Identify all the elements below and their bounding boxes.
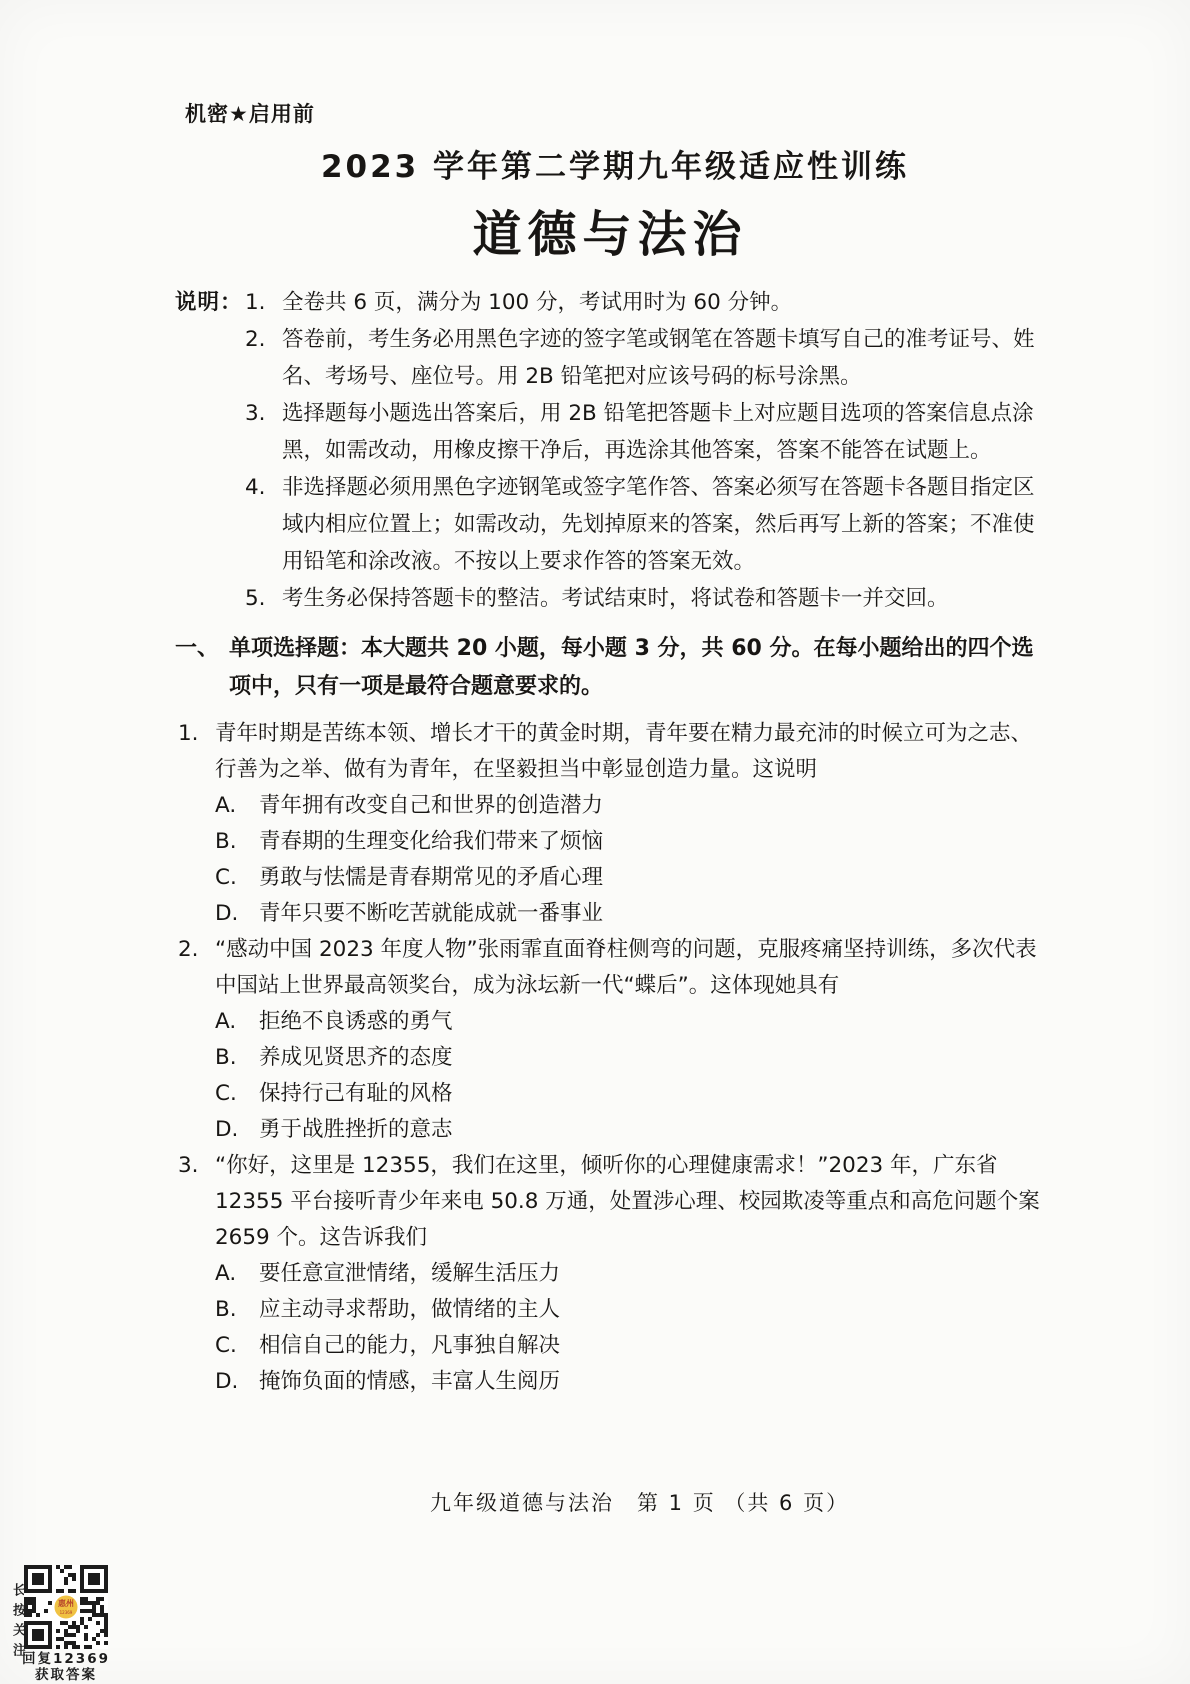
option-row: D. 勇于战胜挫折的意志 [215,1112,1040,1148]
section-heading-text: 单项选择题：本大题共 20 小题，每小题 3 分，共 60 分。在每小题给出的四… [229,630,1047,706]
qr-caption: 回复12369 获取答案 [10,1651,122,1683]
instruction-number: 3. [245,395,282,469]
question-number: 2. [178,932,215,1148]
qr-caption-line1: 回复12369 [10,1651,122,1667]
option-label: D. [215,1112,259,1148]
questions-list: 1. 青年时期是苦练本领、增长才干的黄金时期，青年要在精力最充沛的时候立可为之志… [178,716,1040,1400]
exam-page: 机密★启用前 2023 学年第二学期九年级适应性训练 道德与法治 说明： 1. … [0,0,1190,1684]
section-label: 一、 [175,630,229,706]
option-text: 青年拥有改变自己和世界的创造潜力 [259,788,1040,824]
option-text: 勇敢与怯懦是青春期常见的矛盾心理 [259,860,1040,896]
instruction-number: 1. [245,284,282,321]
option-row: A. 青年拥有改变自己和世界的创造潜力 [215,788,1040,824]
question-number: 1. [178,716,215,932]
option-label: A. [215,1004,259,1040]
option-row: D. 青年只要不断吃苦就能成就一番事业 [215,896,1040,932]
question-1: 1. 青年时期是苦练本领、增长才干的黄金时期，青年要在精力最充沛的时候立可为之志… [178,716,1040,932]
instruction-item: 2. 答卷前，考生务必用黑色字迹的签字笔或钢笔在答题卡填写自己的准考证号、姓名、… [245,321,1047,395]
instruction-number: 4. [245,469,282,580]
instructions-list: 1. 全卷共 6 页，满分为 100 分，考试用时为 60 分钟。 2. 答卷前… [245,284,1047,617]
option-label: D. [215,1364,259,1400]
question-body: “感动中国 2023 年度人物”张雨霏直面脊柱侧弯的问题，克服疼痛坚持训练，多次… [215,932,1040,1148]
subject-title: 道德与法治 [0,196,1190,266]
option-label: B. [215,1040,259,1076]
question-3: 3. “你好，这里是 12355，我们在这里，倾听你的心理健康需求！”2023 … [178,1148,1040,1400]
option-label: C. [215,1076,259,1112]
option-label: C. [215,860,259,896]
option-text: 勇于战胜挫折的意志 [259,1112,1040,1148]
instruction-text: 考生务必保持答题卡的整洁。考试结束时，将试卷和答题卡一并交回。 [282,580,1047,617]
option-text: 青年只要不断吃苦就能成就一番事业 [259,896,1040,932]
option-row: A. 拒绝不良诱惑的勇气 [215,1004,1040,1040]
option-row: C. 保持行己有耻的风格 [215,1076,1040,1112]
option-row: B. 青春期的生理变化给我们带来了烦恼 [215,824,1040,860]
option-row: B. 养成见贤思齐的态度 [215,1040,1040,1076]
option-row: C. 相信自己的能力，凡事独自解决 [215,1328,1040,1364]
option-text: 应主动寻求帮助，做情绪的主人 [259,1292,1040,1328]
option-text: 相信自己的能力，凡事独自解决 [259,1328,1040,1364]
option-text: 拒绝不良诱惑的勇气 [259,1004,1040,1040]
instruction-item: 4. 非选择题必须用黑色字迹钢笔或签字笔作答、答案必须写在答题卡各题目指定区域内… [245,469,1047,580]
svg-text:12369: 12369 [60,1610,73,1615]
option-row: A. 要任意宣泄情绪，缓解生活压力 [215,1256,1040,1292]
section-heading: 一、 单项选择题：本大题共 20 小题，每小题 3 分，共 60 分。在每小题给… [175,630,1047,706]
option-text: 养成见贤思齐的态度 [259,1040,1040,1076]
instruction-number: 5. [245,580,282,617]
instruction-number: 2. [245,321,282,395]
qr-caption-line2: 获取答案 [10,1667,122,1683]
page-footer: 九年级道德与法治 第 1 页 （共 6 页） [430,1487,849,1517]
instructions-block: 说明： 1. 全卷共 6 页，满分为 100 分，考试用时为 60 分钟。 2.… [175,284,1047,617]
option-label: D. [215,896,259,932]
instructions-label: 说明： [175,284,243,321]
option-row: D. 掩饰负面的情感，丰富人生阅历 [215,1364,1040,1400]
qr-code-icon: 惠州 12369 [24,1565,108,1649]
instruction-item: 1. 全卷共 6 页，满分为 100 分，考试用时为 60 分钟。 [245,284,1047,321]
question-stem: 青年时期是苦练本领、增长才干的黄金时期，青年要在精力最充沛的时候立可为之志、行善… [215,716,1040,788]
option-row: C. 勇敢与怯懦是青春期常见的矛盾心理 [215,860,1040,896]
exam-title: 2023 学年第二学期九年级适应性训练 [0,141,1190,186]
option-label: B. [215,824,259,860]
instruction-text: 选择题每小题选出答案后，用 2B 铅笔把答题卡上对应题目选项的答案信息点涂黑，如… [282,395,1047,469]
svg-text:惠州: 惠州 [58,1598,74,1608]
confidential-label: 机密★启用前 [185,98,315,128]
qr-block: 长按关注 惠州 12369 回复12369 获取答案 [0,1555,130,1684]
question-stem: “感动中国 2023 年度人物”张雨霏直面脊柱侧弯的问题，克服疼痛坚持训练，多次… [215,932,1040,1004]
option-label: B. [215,1292,259,1328]
option-row: B. 应主动寻求帮助，做情绪的主人 [215,1292,1040,1328]
qr-logo: 惠州 12369 [54,1595,79,1620]
option-text: 青春期的生理变化给我们带来了烦恼 [259,824,1040,860]
question-body: 青年时期是苦练本领、增长才干的黄金时期，青年要在精力最充沛的时候立可为之志、行善… [215,716,1040,932]
option-label: A. [215,788,259,824]
question-number: 3. [178,1148,215,1400]
question-stem: “你好，这里是 12355，我们在这里，倾听你的心理健康需求！”2023 年，广… [215,1148,1040,1256]
instruction-item: 3. 选择题每小题选出答案后，用 2B 铅笔把答题卡上对应题目选项的答案信息点涂… [245,395,1047,469]
instruction-text: 全卷共 6 页，满分为 100 分，考试用时为 60 分钟。 [282,284,1047,321]
option-text: 掩饰负面的情感，丰富人生阅历 [259,1364,1040,1400]
question-body: “你好，这里是 12355，我们在这里，倾听你的心理健康需求！”2023 年，广… [215,1148,1040,1400]
option-label: A. [215,1256,259,1292]
instruction-text: 答卷前，考生务必用黑色字迹的签字笔或钢笔在答题卡填写自己的准考证号、姓名、考场号… [282,321,1047,395]
option-text: 要任意宣泄情绪，缓解生活压力 [259,1256,1040,1292]
option-text: 保持行己有耻的风格 [259,1076,1040,1112]
instruction-item: 5. 考生务必保持答题卡的整洁。考试结束时，将试卷和答题卡一并交回。 [245,580,1047,617]
instruction-text: 非选择题必须用黑色字迹钢笔或签字笔作答、答案必须写在答题卡各题目指定区域内相应位… [282,469,1047,580]
option-label: C. [215,1328,259,1364]
question-2: 2. “感动中国 2023 年度人物”张雨霏直面脊柱侧弯的问题，克服疼痛坚持训练… [178,932,1040,1148]
